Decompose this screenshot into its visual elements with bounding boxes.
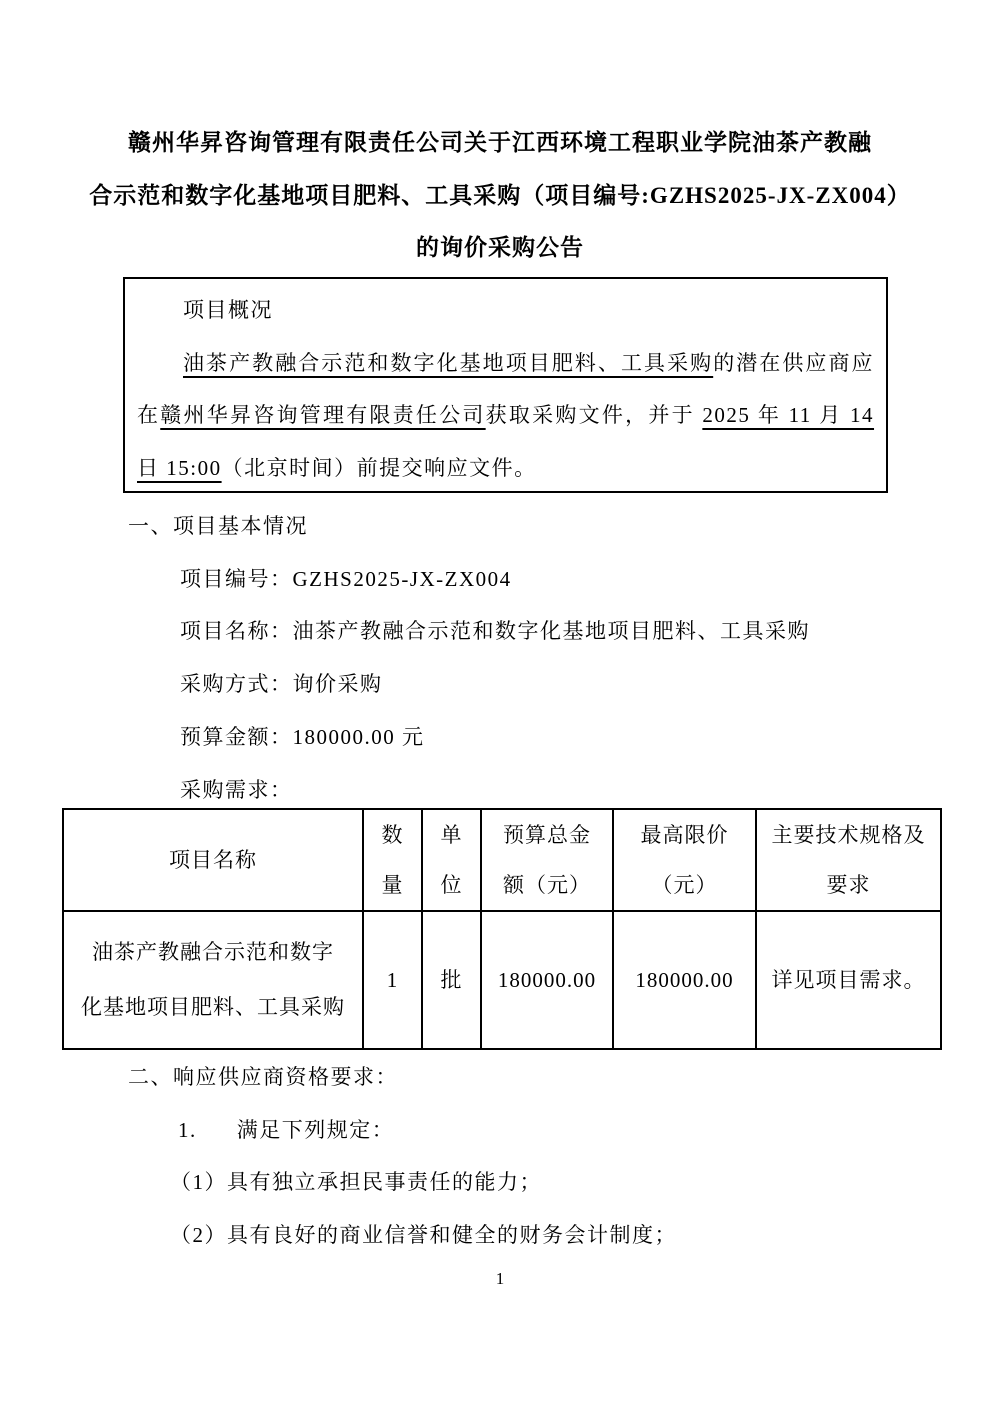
overview-line: 在赣州华昇咨询管理有限责任公司获取采购文件，并于 2025 年 11 月 14 xyxy=(137,389,874,442)
header-cell-line: 要求 xyxy=(761,860,936,910)
table-cell: 180000.00 xyxy=(481,911,613,1049)
section2-item-1: 1.满足下列规定： xyxy=(0,1104,1000,1157)
table-header-cell: 预算总金额（元） xyxy=(481,809,613,911)
header-cell-line: 量 xyxy=(368,860,417,910)
title-line: 的询价采购公告 xyxy=(40,222,960,275)
header-cell-line: 项目名称 xyxy=(68,835,358,885)
table-header-cell: 数量 xyxy=(363,809,422,911)
procurement-table-header: 项目名称数量单位预算总金额（元）最高限价（元）主要技术规格及要求 xyxy=(63,809,941,911)
cell-line: 180000.00 xyxy=(486,953,608,1008)
header-cell-line: 额（元） xyxy=(486,860,608,910)
section1-heading: 一、项目基本情况 xyxy=(0,500,1000,553)
plain-text: 获取采购文件，并于 xyxy=(486,403,703,427)
table-header-cell: 项目名称 xyxy=(63,809,363,911)
procurement-table: 项目名称数量单位预算总金额（元）最高限价（元）主要技术规格及要求 油茶产教融合示… xyxy=(62,808,942,1050)
underlined-text: 2025 年 11 月 14 xyxy=(702,403,874,427)
title-line: 赣州华昇咨询管理有限责任公司关于江西环境工程职业学院油茶产教融 xyxy=(40,117,960,170)
procurement-table-body: 油茶产教融合示范和数字化基地项目肥料、工具采购1批180000.00180000… xyxy=(63,911,941,1049)
table-cell: 详见项目需求。 xyxy=(756,911,941,1049)
header-cell-line: 单 xyxy=(427,810,476,860)
title-line: 合示范和数字化基地项目肥料、工具采购（项目编号:GZHS2025-JX-ZX00… xyxy=(40,170,960,223)
table-cell: 1 xyxy=(363,911,422,1049)
overview-paragraph: 油茶产教融合示范和数字化基地项目肥料、工具采购的潜在供应商应在赣州华昇咨询管理有… xyxy=(137,337,874,495)
cell-line: 详见项目需求。 xyxy=(761,953,936,1008)
project-overview-box: 项目概况 油茶产教融合示范和数字化基地项目肥料、工具采购的潜在供应商应在赣州华昇… xyxy=(123,277,888,493)
underlined-text: 油茶产教融合示范和数字化基地项目肥料、工具采购 xyxy=(183,351,713,375)
header-cell-line: 主要技术规格及 xyxy=(761,810,936,860)
section-basic-info: 一、项目基本情况 项目编号：GZHS2025-JX-ZX004项目名称：油茶产教… xyxy=(0,500,1000,816)
underlined-text: 赣州华昇咨询管理有限责任公司 xyxy=(160,403,485,427)
detail-line: 预算金额：180000.00 元 xyxy=(0,711,1000,764)
table-cell: 批 xyxy=(422,911,481,1049)
document-title: 赣州华昇咨询管理有限责任公司关于江西环境工程职业学院油茶产教融合示范和数字化基地… xyxy=(40,117,960,275)
table-cell: 油茶产教融合示范和数字化基地项目肥料、工具采购 xyxy=(63,911,363,1049)
qualification-item: （2）具有良好的商业信誉和健全的财务会计制度； xyxy=(0,1209,1000,1262)
section2-heading: 二、响应供应商资格要求： xyxy=(0,1051,1000,1104)
underlined-text: 日 15:00 xyxy=(137,456,222,480)
detail-line: 项目编号：GZHS2025-JX-ZX004 xyxy=(0,553,1000,606)
plain-text: 的潜在供应商应 xyxy=(713,351,874,375)
table-header-cell: 单位 xyxy=(422,809,481,911)
qualification-item: （1）具有独立承担民事责任的能力； xyxy=(0,1156,1000,1209)
header-cell-line: 位 xyxy=(427,860,476,910)
header-cell-line: （元） xyxy=(618,860,751,910)
section2-subitems: （1）具有独立承担民事责任的能力；（2）具有良好的商业信誉和健全的财务会计制度； xyxy=(0,1156,1000,1261)
section-supplier-qualifications: 二、响应供应商资格要求： 1.满足下列规定： （1）具有独立承担民事责任的能力；… xyxy=(0,1051,1000,1261)
overview-line: 油茶产教融合示范和数字化基地项目肥料、工具采购的潜在供应商应 xyxy=(137,337,874,390)
cell-line: 化基地项目肥料、工具采购 xyxy=(68,980,358,1035)
plain-text: 在 xyxy=(137,403,160,427)
cell-line: 批 xyxy=(427,953,476,1008)
page-number: 1 xyxy=(0,1269,1000,1289)
cell-line: 180000.00 xyxy=(618,953,751,1008)
cell-line: 1 xyxy=(368,953,417,1008)
header-cell-line: 最高限价 xyxy=(618,810,751,860)
detail-line: 采购方式：询价采购 xyxy=(0,658,1000,711)
table-header-row: 项目名称数量单位预算总金额（元）最高限价（元）主要技术规格及要求 xyxy=(63,809,941,911)
table-header-cell: 主要技术规格及要求 xyxy=(756,809,941,911)
detail-line: 项目名称：油茶产教融合示范和数字化基地项目肥料、工具采购 xyxy=(0,605,1000,658)
header-cell-line: 预算总金 xyxy=(486,810,608,860)
section1-items: 项目编号：GZHS2025-JX-ZX004项目名称：油茶产教融合示范和数字化基… xyxy=(0,553,1000,817)
item-number: 1. xyxy=(178,1118,197,1142)
item-text: 满足下列规定： xyxy=(237,1118,395,1142)
header-cell-line: 数 xyxy=(368,810,417,860)
table-row: 油茶产教融合示范和数字化基地项目肥料、工具采购1批180000.00180000… xyxy=(63,911,941,1049)
overview-heading: 项目概况 xyxy=(137,284,874,337)
plain-text: （北京时间）前提交响应文件。 xyxy=(222,456,537,480)
table-header-cell: 最高限价（元） xyxy=(613,809,756,911)
overview-line: 日 15:00（北京时间）前提交响应文件。 xyxy=(137,442,874,495)
table-cell: 180000.00 xyxy=(613,911,756,1049)
cell-line: 油茶产教融合示范和数字 xyxy=(68,925,358,980)
